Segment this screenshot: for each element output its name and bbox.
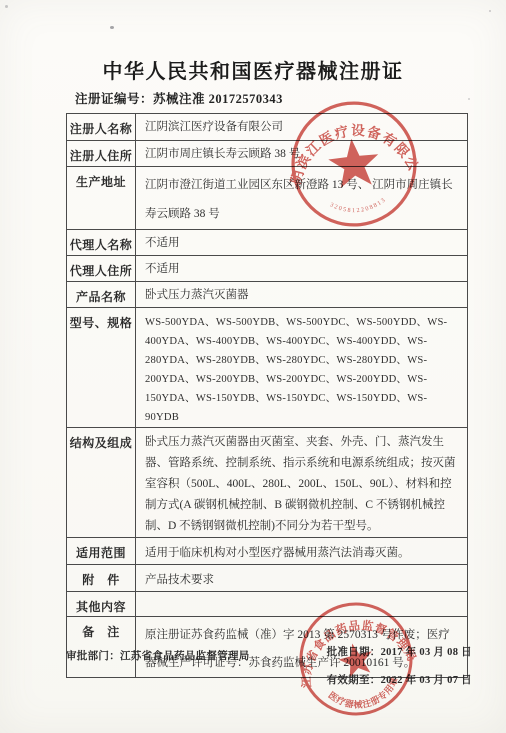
registration-number-line: 注册证编号：苏械注准 20172570343 <box>75 89 283 107</box>
star-icon <box>326 136 381 189</box>
row-value: 不适用 <box>136 256 468 282</box>
row-label: 注册人住所 <box>67 141 136 167</box>
row-label: 代理人住所 <box>67 256 136 282</box>
table-row: 适用范围 适用于临床机构对小型医疗器械用蒸汽法消毒灭菌。 <box>67 538 468 565</box>
approval-department-line: 审批部门：江苏省食品药品监督管理局 <box>66 648 250 663</box>
table-row: 附 件 产品技术要求 <box>67 565 468 592</box>
seal-serial-text: 3205812208813 <box>328 196 389 217</box>
table-row: 代理人名称 不适用 <box>67 230 468 256</box>
approval-department-value: 江苏省食品药品监督管理局 <box>120 651 250 662</box>
table-row: 产品名称 卧式压力蒸汽灭菌器 <box>67 282 468 308</box>
company-seal-stamp: 江阴滨江医疗设备有限公司 3205812208813 <box>281 91 426 236</box>
row-value: WS-500YDA、WS-500YDB、WS-500YDC、WS-500YDD、… <box>136 308 468 428</box>
noise-speck <box>5 5 8 8</box>
table-row: 其他内容 <box>67 592 468 617</box>
row-value: 卧式压力蒸汽灭菌器 <box>136 282 468 308</box>
noise-speck <box>110 26 114 29</box>
row-label: 适用范围 <box>67 538 136 565</box>
row-label: 备 注 <box>67 617 136 678</box>
approval-department-label: 审批部门： <box>66 651 120 662</box>
certificate-page: 中华人民共和国医疗器械注册证 注册证编号：苏械注准 20172570343 注册… <box>0 0 506 733</box>
registration-number-label: 注册证编号： <box>75 92 153 106</box>
page-title: 中华人民共和国医疗器械注册证 <box>0 55 506 84</box>
row-label: 代理人名称 <box>67 230 136 256</box>
row-value: 产品技术要求 <box>136 565 468 592</box>
registration-number-value: 苏械注准 20172570343 <box>153 92 283 106</box>
noise-speck <box>468 98 470 100</box>
table-row: 结构及组成 卧式压力蒸汽灭菌器由灭菌室、夹套、外壳、门、蒸汽发生器、管路系统、控… <box>67 428 468 538</box>
star-icon <box>336 639 377 679</box>
table-row: 代理人住所 不适用 <box>67 256 468 282</box>
row-value: 卧式压力蒸汽灭菌器由灭菌室、夹套、外壳、门、蒸汽发生器、管路系统、控制系统、指示… <box>136 428 468 538</box>
table-row: 型号、规格 WS-500YDA、WS-500YDB、WS-500YDC、WS-5… <box>67 308 468 428</box>
row-label: 生产地址 <box>67 167 136 230</box>
row-label: 型号、规格 <box>67 308 136 428</box>
row-label: 产品名称 <box>67 282 136 308</box>
row-value: 适用于临床机构对小型医疗器械用蒸汽法消毒灭菌。 <box>136 538 468 565</box>
row-label: 注册人名称 <box>67 114 136 141</box>
row-label: 附 件 <box>67 565 136 592</box>
noise-speck <box>489 10 491 12</box>
row-label: 其他内容 <box>67 592 136 617</box>
row-label: 结构及组成 <box>67 428 136 538</box>
